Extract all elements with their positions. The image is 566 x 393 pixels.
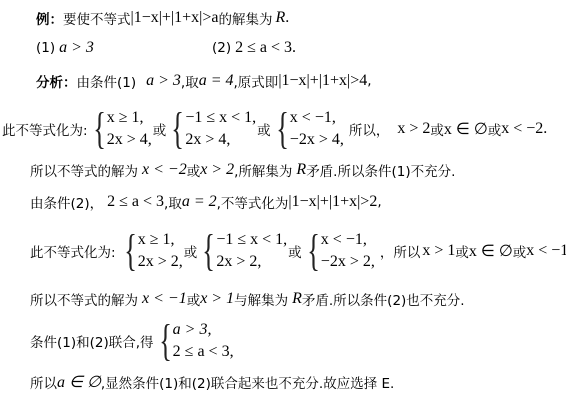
left-brace: { [276,107,289,151]
or-text: 或 [430,119,444,139]
comma: , [377,194,381,210]
example-text-post: 的解集为 [219,8,273,28]
or-text: 或 [488,119,502,139]
combined-line: 条件(1)和(2)联合,得 { a > 3,2 ≤ a < 3, [30,316,235,366]
conclusion-expression: x > 1 [200,290,234,308]
conclusion-expression: x > 2 [200,161,234,179]
conclusion-text: 所以不等式的解为 [30,289,138,309]
left-brace: { [159,319,172,363]
analysis-line: 分析： 由条件(1) a > 3 ,取 a = 4 ,原式即 |1−x|+|1+… [36,69,372,93]
analysis-expression: a = 4 [199,72,234,90]
condition-text: 由条件(2)， [30,192,103,212]
system-row: x ≥ 1, [138,229,183,251]
option1-label: (1) [36,40,55,56]
case1-result: x > 2 [397,120,430,138]
or-text: 或 [455,241,469,261]
combined-system: { a > 3,2 ≤ a < 3, [155,319,234,363]
final-expression: a ∈ ∅ [57,372,101,392]
system-row: −1 ≤ x < 1, [185,107,256,129]
or-text: 或 [153,119,167,139]
case1-system-2: { −1 ≤ x < 1,2x > 4, [167,107,256,151]
case2-result: x > 1 [422,242,455,260]
solution-set: R [296,161,306,179]
conclusion-expression: x < −2 [142,161,187,179]
left-brace: { [93,107,106,151]
case2-system-1: { x ≥ 1,2x > 2, [120,229,183,273]
system-row: x < −1, [321,229,375,251]
conclusion-text: 矛盾.所以条件(1)不充分. [306,160,455,180]
condition-expression: a = 2 [182,193,217,211]
conclusion-expression: x < −1 [142,290,187,308]
case2-result: x ∈ ∅ [469,241,513,261]
case1-system-1: { x ≥ 1,2x > 4, [89,107,152,151]
system-row: x ≥ 1, [107,107,152,129]
or-text: 或 [513,241,527,261]
option2-expression: 2 ≤ a < 3 [235,39,292,57]
system-row: a > 3, [173,319,234,341]
case2-system-3: { x < −1,−2x > 2, [303,229,375,273]
analysis-text: ,原式即 [234,71,279,91]
or-text: 或 [184,241,198,261]
or-text: 或 [288,241,302,261]
period: . [543,120,547,138]
case1-prefix: 此不等式化为: [2,119,88,139]
system-row: 2x > 4, [185,129,256,151]
analysis-text: ,取 [181,71,199,91]
left-brace: { [124,229,137,273]
analysis-expression: a > 3 [146,72,181,90]
case2-system-2: { −1 ≤ x < 1,2x > 2, [198,229,287,273]
option2-line: (2) 2 ≤ a < 3 . [212,36,296,60]
analysis-expression: |1−x|+|1+x|>4 [278,72,367,90]
system-row: x < −1, [290,107,344,129]
left-brace: { [307,229,320,273]
solution-set: R [276,9,286,27]
case1-system-3: { x < −1,−2x > 4, [272,107,344,151]
condition-expression: 2 ≤ a < 3 [107,193,164,211]
case1-result: x < −2 [501,120,543,138]
condition-text: ,取 [164,192,182,212]
period: . [285,9,289,27]
or-text: 或 [187,160,201,180]
so-text: 所以， [349,119,390,139]
system-row: −2x > 2, [321,251,375,273]
final-text: ,显然条件(1)和(2)联合起来也不充分.故应选择 E. [101,372,394,392]
case1-result: x ∈ ∅ [444,119,488,139]
final-line: 所以 a ∈ ∅ ,显然条件(1)和(2)联合起来也不充分.故应选择 E. [30,371,394,393]
example-label: 例： [36,8,63,28]
conclusion-text: 矛盾.所以条件(2)也不充分. [302,289,465,309]
conclusion-text: ,所解集为 [234,160,292,180]
solution-set: R [292,290,302,308]
case1-line: 此不等式化为: { x ≥ 1,2x > 4, 或 { −1 ≤ x < 1,2… [2,104,547,154]
options-line: (1) a > 3 [36,36,94,60]
example-expression: |1−x|+|1+x|>a [131,9,219,27]
final-text: 所以 [30,372,57,392]
system-row: 2x > 2, [138,251,183,273]
left-brace: { [171,107,184,151]
left-brace: { [202,229,215,273]
option1-expression: a > 3 [59,39,94,57]
case2-line: 此不等式化为: { x ≥ 1,2x > 2, 或 { −1 ≤ x < 1,2… [30,226,566,276]
conclusion2-line: 所以不等式的解为 x < −1 或 x > 1 与解集为 R 矛盾.所以条件(2… [30,287,465,311]
comma: , [367,73,371,89]
conclusion-text: 所以不等式的解为 [30,160,138,180]
system-row: −2x > 4, [290,129,344,151]
option2-label: (2) [212,40,231,56]
system-row: 2x > 2, [216,251,287,273]
conclusion1-line: 所以不等式的解为 x < −2 或 x > 2 ,所解集为 R 矛盾.所以条件(… [30,158,455,182]
analysis-label: 分析： [36,71,77,91]
example-line: 例： 要使不等式 |1−x|+|1+x|>a 的解集为 R . [36,6,289,30]
system-row: −1 ≤ x < 1, [216,229,287,251]
analysis-text: 由条件(1) [77,71,137,91]
combined-text: 条件(1)和(2)联合,得 [30,331,154,351]
period: . [292,39,296,57]
condition2-line: 由条件(2)， 2 ≤ a < 3 ,取 a = 2 ,不等式化为 |1−x|+… [30,190,382,214]
condition-text: ,不等式化为 [217,192,289,212]
so-text: ，所以 [380,241,421,261]
case2-prefix: 此不等式化为: [30,241,116,261]
conclusion-text: 与解集为 [234,289,288,309]
system-row: 2x > 4, [107,129,152,151]
system-row: 2 ≤ a < 3, [173,341,234,363]
or-text: 或 [187,289,201,309]
example-text: 要使不等式 [63,8,131,28]
condition-expression: |1−x|+|1+x|>2 [288,193,377,211]
case2-result: x < −1 [526,242,566,260]
or-text: 或 [257,119,271,139]
